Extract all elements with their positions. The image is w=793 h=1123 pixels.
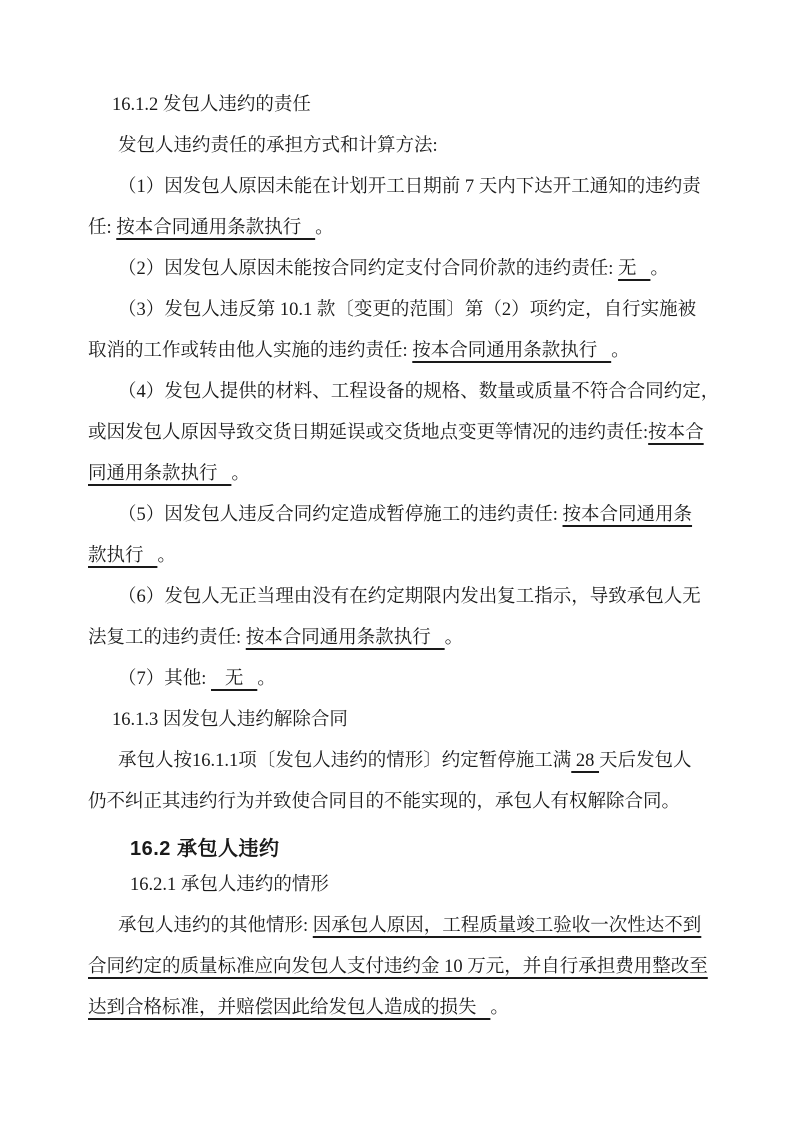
fill-in-value: 按本合同通用条款执行: [116, 218, 315, 238]
text-run: 或因发包人原因导致交货日期延误或交货地点变更等情况的违约责任:: [88, 423, 648, 443]
clause-number-and-title: 16.1.3 因发包人违约解除合同: [112, 710, 348, 730]
item-4-line-2: 或因发包人原因导致交货日期延误或交货地点变更等情况的违约责任:按本合: [88, 413, 733, 454]
item-6-line-2: 法复工的违约责任: 按本合同通用条款执行 。: [88, 618, 733, 659]
text-run: 。: [231, 464, 250, 484]
fill-in-value: 无: [618, 259, 650, 279]
text-run: 法复工的违约责任:: [88, 628, 246, 648]
text-run: （5）因发包人违反合同约定造成暂停施工的违约责任:: [118, 505, 563, 525]
fill-in-value: 无: [211, 669, 257, 689]
heading-16-2-1: 16.2.1 承包人违约的情形: [130, 865, 733, 906]
item-5-line-1: （5）因发包人违反合同约定造成暂停施工的违约责任: 按本合同通用条: [118, 495, 733, 536]
item-4-line-1: （4）发包人提供的材料、工程设备的规格、数量或质量不符合合同约定，: [118, 372, 733, 413]
text-run: （7）其他:: [118, 669, 211, 689]
text-run: 承包人按16.1.1项〔发包人违约的情形〕约定暂停施工满: [118, 751, 571, 771]
text-run: 天后发包人: [599, 751, 692, 771]
fill-in-value: 按本合: [648, 423, 704, 443]
heading-16-2: 16.2 承包人违约: [130, 833, 733, 865]
fill-in-value: 按本合同通用条: [563, 505, 693, 525]
item-3-line-2: 取消的工作或转由他人实施的违约责任: 按本合同通用条款执行 。: [88, 331, 733, 372]
fill-in-value: 按本合同通用条款执行: [246, 628, 445, 648]
text-run: 。: [490, 998, 509, 1018]
text-run: 。: [315, 218, 334, 238]
text-run: （4）发包人提供的材料、工程设备的规格、数量或质量不符合合同约定，: [118, 382, 719, 402]
text-run: （3）发包人违反第 10.1 款〔变更的范围〕第（2）项约定，自行实施被: [118, 300, 696, 320]
fill-in-value: 按本合同通用条款执行: [412, 341, 611, 361]
fill-in-value: 因承包人原因，工程质量竣工验收一次性达不到: [313, 916, 702, 936]
para-16-1-3-line-1: 承包人按16.1.1项〔发包人违约的情形〕约定暂停施工满 28 天后发包人: [118, 741, 733, 782]
item-2: （2）因发包人原因未能按合同约定支付合同价款的违约责任: 无 。: [118, 249, 733, 290]
item-1-line-1: （1）因发包人原因未能在计划开工日期前 7 天内下达开工通知的违约责: [118, 167, 733, 208]
heading-16-1-2: 16.1.2 发包人违约的责任: [112, 85, 733, 126]
fill-in-value: 合同约定的质量标准应向发包人支付违约金 10 万元，并自行承担费用整改至: [88, 957, 708, 977]
text-run: （6）发包人无正当理由没有在约定期限内发出复工指示，导致承包人无: [118, 587, 701, 607]
para-16-2-1-line-3: 达到合格标准，并赔偿因此给发包人造成的损失 。: [88, 988, 733, 1029]
text-run: 承包人违约的其他情形:: [118, 916, 313, 936]
fill-in-value: 款执行: [88, 546, 157, 566]
item-1-line-2: 任: 按本合同通用条款执行 。: [88, 208, 733, 249]
para-16-2-1-line-1: 承包人违约的其他情形: 因承包人原因，工程质量竣工验收一次性达不到: [118, 906, 733, 947]
para-16-2-1-line-2: 合同约定的质量标准应向发包人支付违约金 10 万元，并自行承担费用整改至: [88, 947, 733, 988]
item-7: （7）其他: 无 。: [118, 659, 733, 700]
fill-in-value: 28: [571, 751, 599, 771]
item-5-line-2: 款执行 。: [88, 536, 733, 577]
text-run: 。: [257, 669, 276, 689]
text-run: 。: [445, 628, 464, 648]
text-run: 仍不纠正其违约行为并致使合同目的不能实现的，承包人有权解除合同。: [88, 792, 680, 812]
clause-number-and-title: 16.2.1 承包人违约的情形: [130, 875, 329, 895]
text-run: 。: [611, 341, 630, 361]
text-run: （2）因发包人原因未能按合同约定支付合同价款的违约责任:: [118, 259, 618, 279]
section-title: 16.2 承包人违约: [130, 838, 279, 860]
item-3-line-1: （3）发包人违反第 10.1 款〔变更的范围〕第（2）项约定，自行实施被: [118, 290, 733, 331]
text-run: 发包人违约责任的承担方式和计算方法:: [118, 136, 438, 156]
fill-in-value: 达到合格标准，并赔偿因此给发包人造成的损失: [88, 998, 490, 1018]
text-run: （1）因发包人原因未能在计划开工日期前 7 天内下达开工通知的违约责: [118, 177, 701, 197]
text-run: 。: [650, 259, 669, 279]
fill-in-value: 同通用条款执行: [88, 464, 231, 484]
text-run: 任:: [88, 218, 116, 238]
para-intro: 发包人违约责任的承担方式和计算方法:: [118, 126, 733, 167]
heading-16-1-3: 16.1.3 因发包人违约解除合同: [112, 700, 733, 741]
contract-page: 16.1.2 发包人违约的责任 发包人违约责任的承担方式和计算方法: （1）因发…: [0, 0, 793, 1123]
text-run: 。: [157, 546, 176, 566]
item-6-line-1: （6）发包人无正当理由没有在约定期限内发出复工指示，导致承包人无: [118, 577, 733, 618]
para-16-1-3-line-2: 仍不纠正其违约行为并致使合同目的不能实现的，承包人有权解除合同。: [88, 782, 733, 823]
clause-number-and-title: 16.1.2 发包人违约的责任: [112, 95, 311, 115]
item-4-line-3: 同通用条款执行 。: [88, 454, 733, 495]
text-run: 取消的工作或转由他人实施的违约责任:: [88, 341, 412, 361]
